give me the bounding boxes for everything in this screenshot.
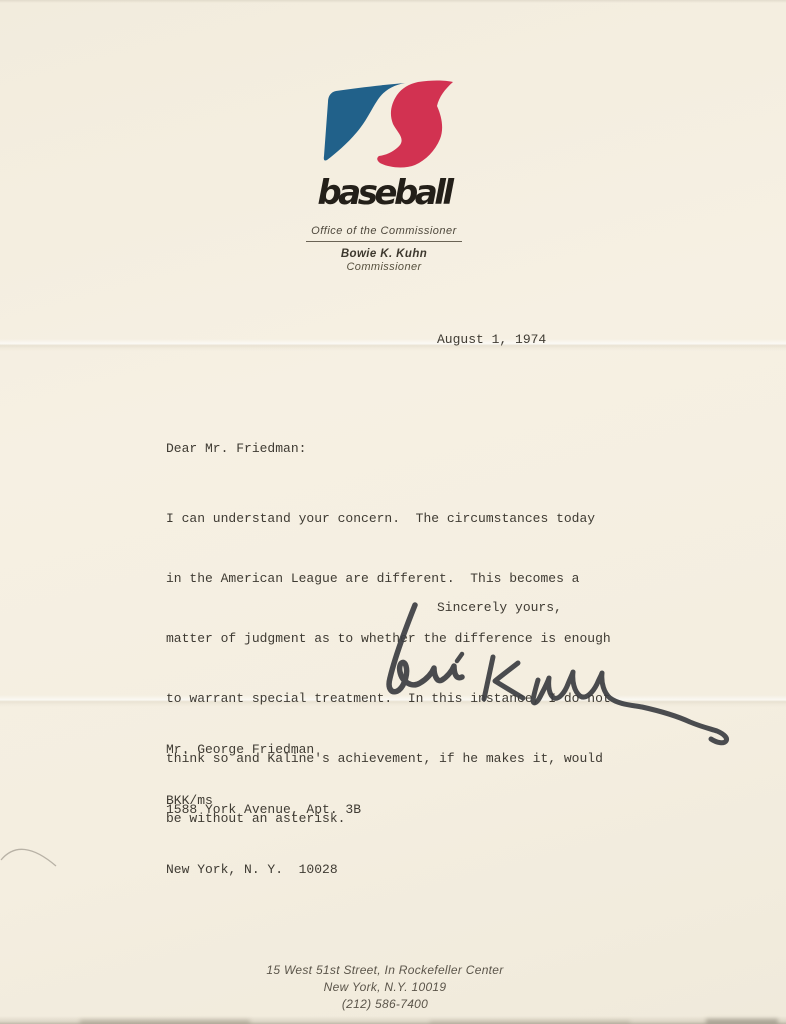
recipient-line: New York, N. Y. 10028 xyxy=(166,860,361,880)
letter-date: August 1, 1974 xyxy=(437,330,546,350)
baseball-flag-logo-icon xyxy=(323,80,455,168)
pencil-mark-arc xyxy=(0,835,62,871)
scan-bottom-smudge xyxy=(80,1020,250,1024)
footer-phone-line: (212) 586-7400 xyxy=(0,996,778,1013)
body-line: I can understand your concern. The circu… xyxy=(166,509,611,529)
recipient-line: Mr. George Friedman xyxy=(166,740,361,760)
logo-wordmark: baseball xyxy=(0,176,777,210)
bowie-kuhn-signature xyxy=(355,597,735,749)
letterhead-footer: 15 West 51st Street, In Rockefeller Cent… xyxy=(0,962,778,1013)
commissioner-title: Commissioner xyxy=(0,261,777,273)
letterhead: baseball Office of the Commissioner Bowi… xyxy=(0,80,777,273)
commissioner-name: Bowie K. Kuhn xyxy=(0,248,777,260)
reference-initials: BKK/ms xyxy=(166,791,213,811)
paper-fold-upper xyxy=(0,339,786,351)
office-of-commissioner-line: Office of the Commissioner xyxy=(306,225,462,242)
logo-red-half xyxy=(377,81,453,168)
footer-street-line: 15 West 51st Street, In Rockefeller Cent… xyxy=(0,962,778,979)
salutation: Dear Mr. Friedman: xyxy=(166,439,306,459)
body-line: in the American League are different. Th… xyxy=(166,569,611,589)
scan-bottom-smudge xyxy=(706,1019,778,1024)
scan-top-edge xyxy=(0,0,786,3)
footer-city-line: New York, N.Y. 10019 xyxy=(0,979,778,996)
letter-page: baseball Office of the Commissioner Bowi… xyxy=(0,0,786,1024)
